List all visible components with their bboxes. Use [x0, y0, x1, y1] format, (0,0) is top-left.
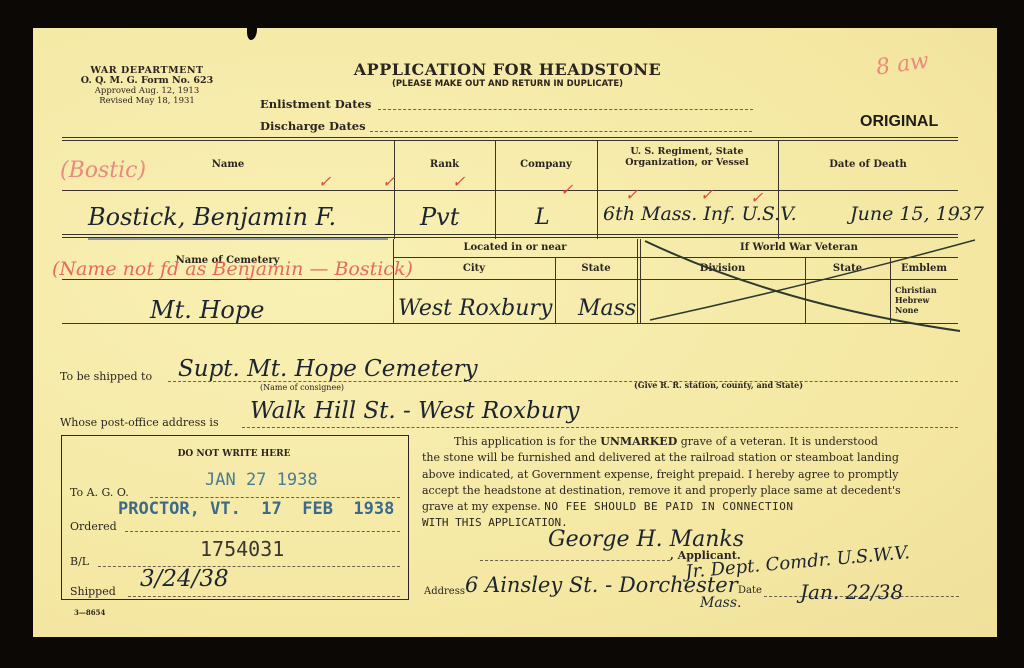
applicant-signature-field[interactable]: [480, 560, 670, 561]
date-of-death-value: June 15, 1937: [850, 203, 984, 225]
name-annotation: (Bostic): [60, 158, 146, 183]
check-mark: ✓: [700, 185, 713, 204]
shipped-to-label: To be shipped to: [60, 370, 152, 383]
regiment-value: 6th Mass. Inf. U.S.V.: [603, 203, 797, 225]
rr-station-hint: (Give R. R. station, county, and State): [634, 380, 803, 390]
form-subtitle: (PLEASE MAKE OUT AND RETURN IN DUPLICATE…: [320, 79, 695, 89]
row-rule: [62, 190, 958, 191]
unmarked-emphasis: UNMARKED: [600, 435, 677, 448]
form-title: APPLICATION FOR HEADSTONE: [320, 60, 695, 79]
to-ago-label: To A. G. O.: [70, 486, 129, 499]
col-header-rank: Rank: [394, 159, 495, 170]
date-value: Jan. 22/38: [800, 580, 903, 604]
rank-value: Pvt: [420, 203, 459, 231]
ordered-field[interactable]: [125, 531, 400, 532]
to-ago-stamp: JAN 27 1938: [205, 470, 318, 490]
post-office-label: Whose post-office address is: [60, 416, 219, 429]
check-mark: ✓: [560, 180, 573, 199]
check-mark: ✓: [382, 172, 395, 191]
address-value-state: Mass.: [700, 595, 742, 611]
check-mark: ✓: [625, 185, 638, 204]
col-header-located: Located in or near: [393, 242, 637, 253]
statement-line: grave at my expense. NO FEE SHOULD BE PA…: [422, 499, 962, 515]
applicant-statement: This application is for the UNMARKED gra…: [422, 434, 962, 532]
deceased-name: Bostick, Benjamin F.: [88, 203, 336, 231]
check-mark: ✓: [318, 172, 331, 191]
post-office-value: Walk Hill St. - West Roxbury: [250, 398, 580, 424]
date-label: Date: [738, 585, 762, 596]
col-header-city: City: [393, 263, 555, 274]
statement-line: the stone will be furnished and delivere…: [422, 450, 962, 466]
ordered-label: Ordered: [70, 520, 117, 533]
shipped-field[interactable]: [128, 596, 400, 597]
header-rule: [62, 137, 958, 141]
approved-date: Approved Aug. 12, 1913: [62, 86, 232, 96]
shipped-label: Shipped: [70, 585, 116, 598]
cemetery-annotation: (Name not fd as Benjamin — Bostick): [52, 258, 413, 280]
cemetery-value: Mt. Hope: [150, 296, 264, 324]
bl-number: 1754031: [200, 537, 284, 561]
office-box-title: DO NOT WRITE HERE: [61, 449, 407, 459]
col-header-state: State: [555, 263, 637, 274]
enlistment-dates-label: Enlistment Dates: [260, 97, 371, 111]
row-rule: [62, 323, 958, 324]
print-code: 3—8654: [74, 608, 105, 617]
shipped-value: 3/24/38: [140, 566, 229, 592]
to-ago-field[interactable]: [150, 497, 400, 498]
enlistment-dates-field[interactable]: [378, 109, 753, 110]
discharge-dates-field[interactable]: [370, 131, 752, 132]
check-mark: ✓: [452, 172, 465, 191]
revised-date: Revised May 18, 1931: [62, 96, 232, 106]
col-header-company: Company: [495, 159, 597, 170]
ordered-stamp: PROCTOR, VT. 17 FEB 1938: [118, 499, 394, 519]
company-value: L: [535, 205, 550, 230]
address-label: Address: [424, 586, 465, 597]
discharge-dates-label: Discharge Dates: [260, 119, 366, 133]
copy-label: ORIGINAL: [860, 113, 938, 131]
no-fee-notice: NO FEE SHOULD BE PAID IN CONNECTION: [544, 500, 793, 513]
cross-out-mark: [630, 235, 980, 335]
city-value: West Roxbury: [398, 296, 552, 321]
post-office-field[interactable]: [242, 427, 958, 428]
statement-line: This application is for the UNMARKED gra…: [422, 434, 962, 450]
shipped-to-value: Supt. Mt. Hope Cemetery: [178, 356, 478, 382]
bl-label: B/L: [70, 555, 89, 568]
statement-line: accept the headstone at destination, rem…: [422, 483, 962, 499]
statement-line: above indicated, at Government expense, …: [422, 467, 962, 483]
form-identifier: WAR DEPARTMENT O. Q. M. G. Form No. 623 …: [62, 66, 232, 106]
address-value: 6 Ainsley St. - Dorchester: [465, 573, 738, 597]
consignee-hint: (Name of consignee): [260, 383, 344, 392]
blue-underline: [88, 238, 388, 240]
form-number: O. Q. M. G. Form No. 623: [62, 76, 232, 86]
col-header-regiment: U. S. Regiment, State Organization, or V…: [612, 146, 762, 168]
state-value: Mass: [578, 296, 636, 321]
col-header-date-of-death: Date of Death: [778, 159, 958, 170]
